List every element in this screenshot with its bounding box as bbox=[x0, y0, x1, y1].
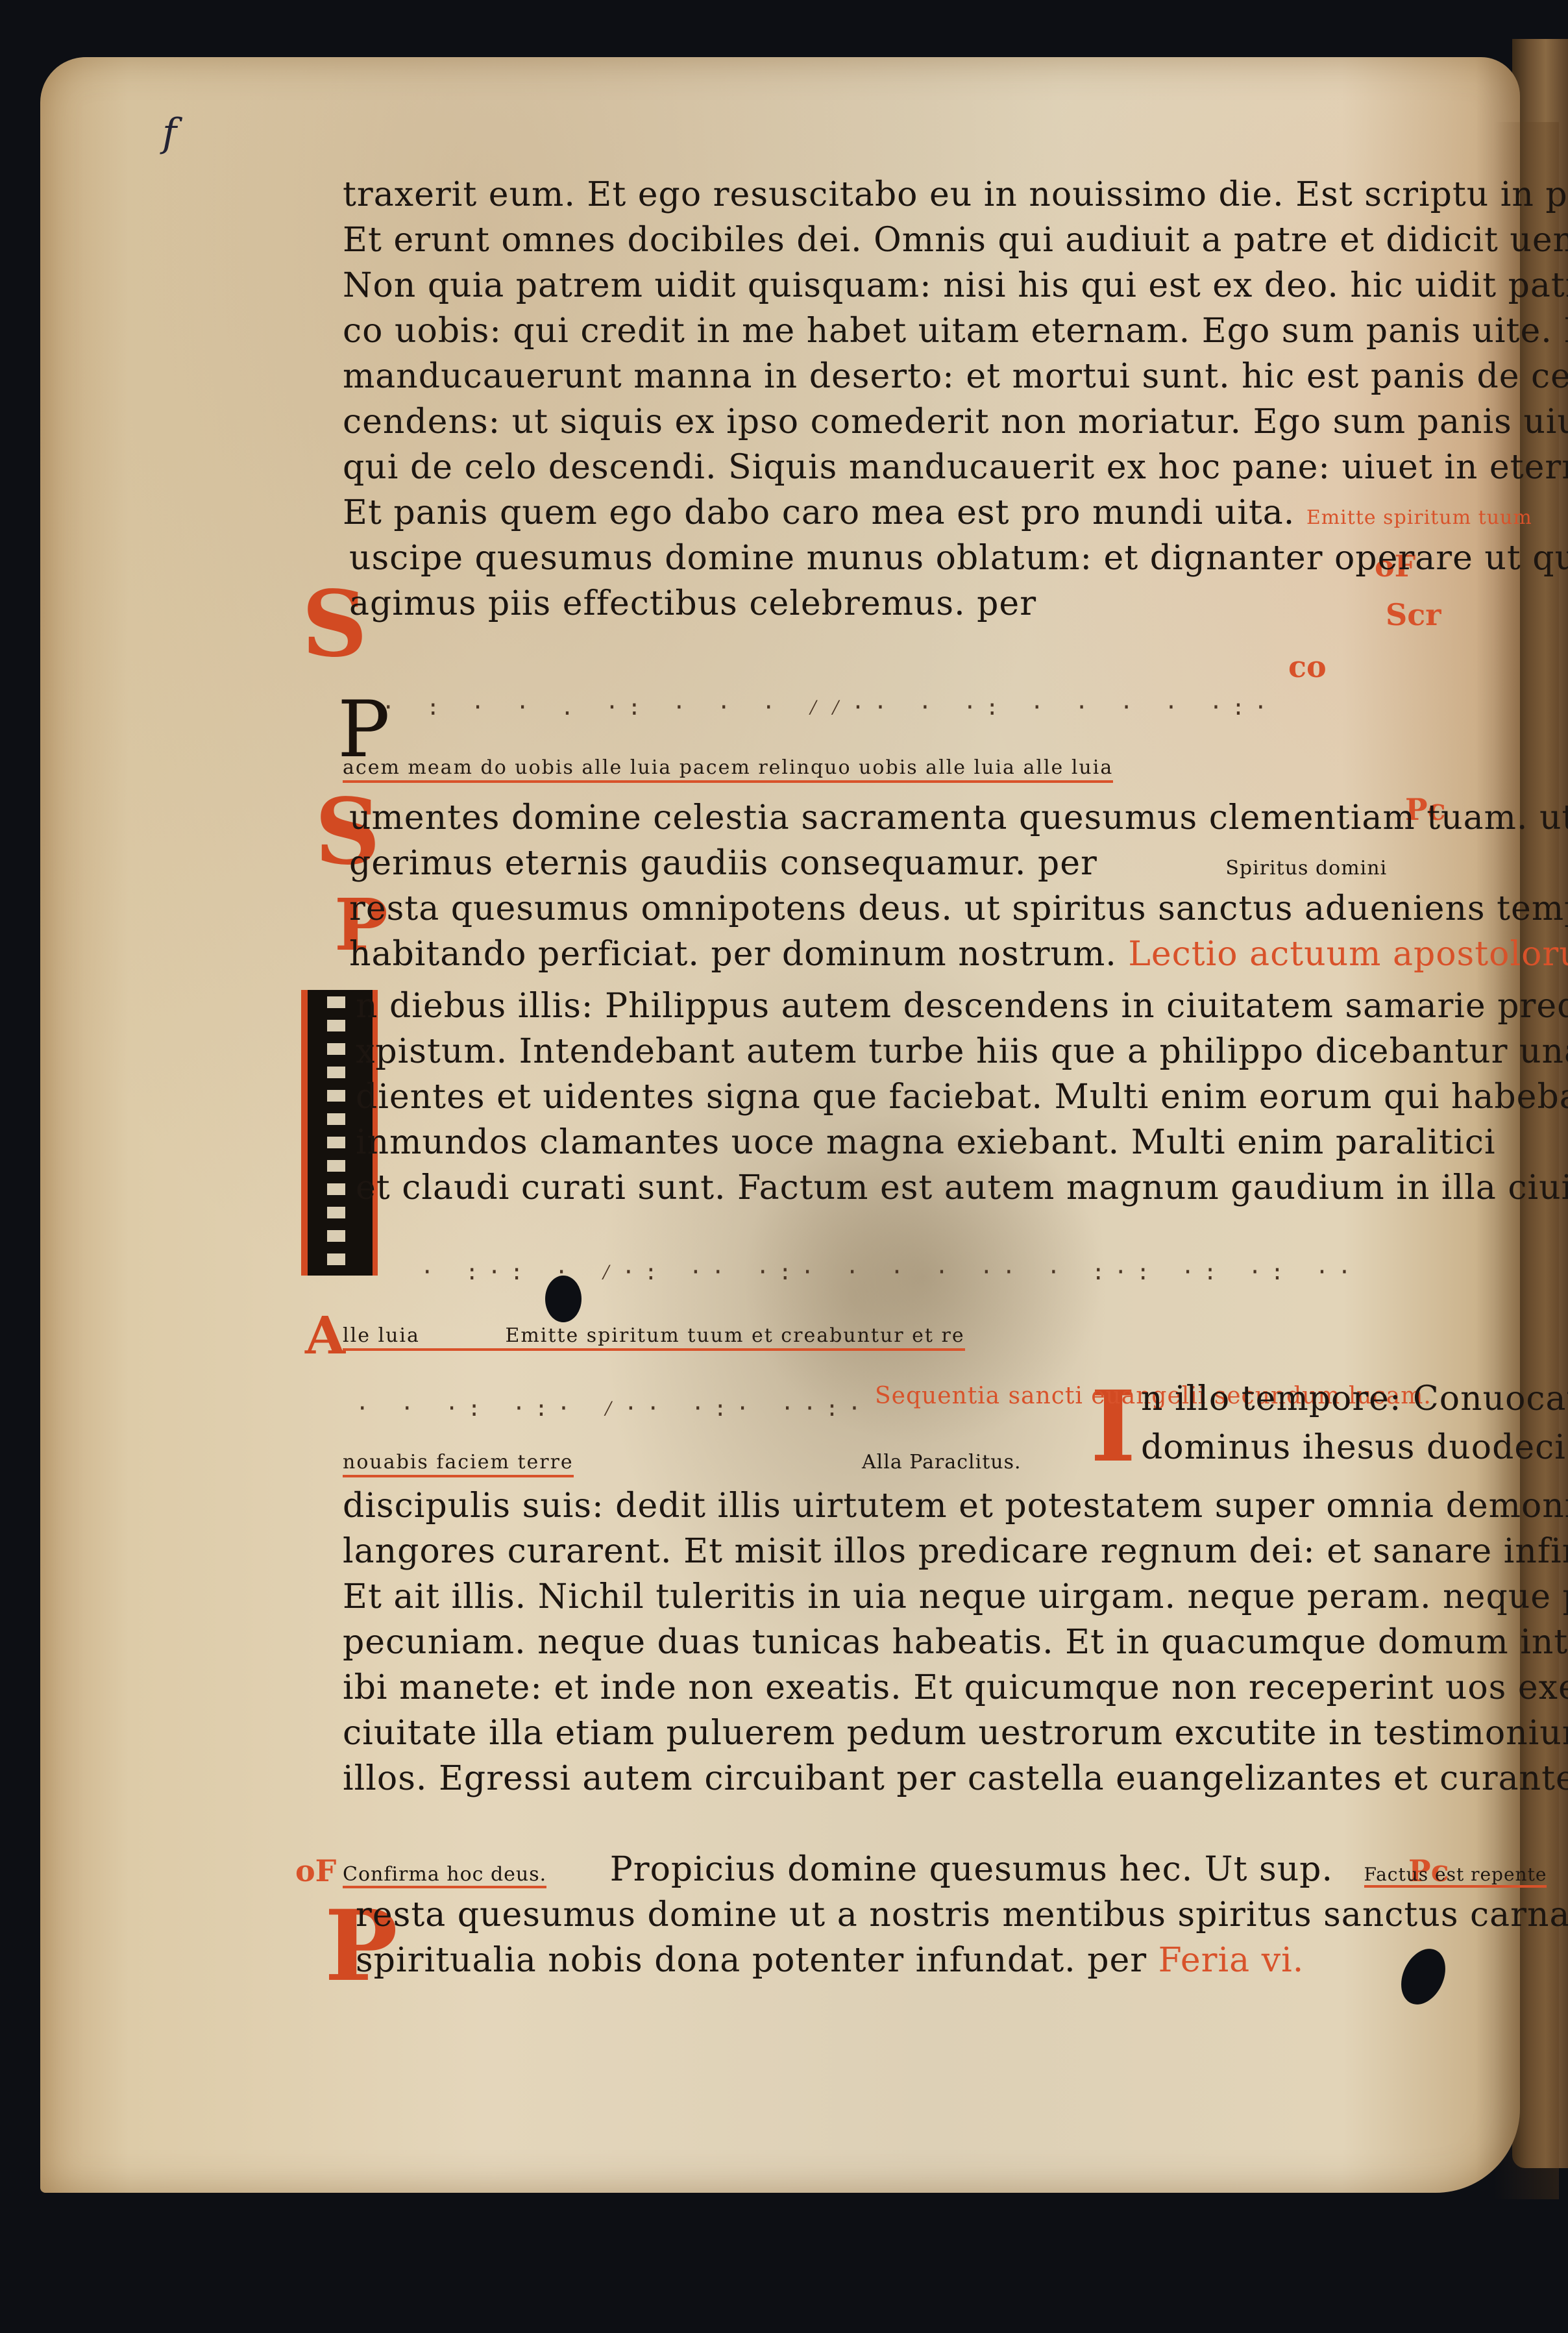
text-line: pecuniam. neque duas tunicas habeatis. E… bbox=[343, 1623, 1568, 1662]
chant-alleluia-verse: Emitte spiritum tuum et creabuntur et re bbox=[505, 1324, 964, 1347]
text-line: gerimus eternis gaudiis consequamur. per… bbox=[349, 844, 1387, 883]
text-line: dientes et uidentes signa que faciebat. … bbox=[356, 1078, 1568, 1117]
gospel-heading-line: n illo tempore: Conuocatis bbox=[1141, 1379, 1568, 1418]
text-line: resta quesumus omnipotens deus. ut spiri… bbox=[349, 889, 1568, 928]
text-line: umentes domine celestia sacramenta quesu… bbox=[349, 798, 1568, 837]
text-line: spiritualia nobis dona potenter infundat… bbox=[356, 1941, 1304, 1980]
gospel-heading-line: dominus ihesus duodeci bbox=[1141, 1428, 1566, 1467]
text-line: manducauerunt manna in deserto: et mortu… bbox=[343, 357, 1568, 396]
text-line: Et erunt omnes docibiles dei. Omnis qui … bbox=[343, 221, 1568, 260]
text-line: et claudi curati sunt. Factum est autem … bbox=[356, 1168, 1568, 1207]
text-line: qui de celo descendi. Siquis manducaueri… bbox=[343, 448, 1568, 487]
margin-note-communion: co bbox=[1288, 649, 1327, 684]
chant-communion: Factus est repente bbox=[1364, 1864, 1547, 1888]
text-segment: Et panis quem ego dabo caro mea est pro … bbox=[343, 493, 1295, 532]
text-segment: habitando perficiat. per dominum nostrum… bbox=[349, 935, 1117, 974]
text-line: uscipe quesumus domine munus oblatum: et… bbox=[349, 539, 1568, 578]
folio-mark: f bbox=[162, 110, 177, 156]
margin-note-secret: Scr bbox=[1386, 597, 1441, 632]
text-line: habitando perficiat. per dominum nostrum… bbox=[349, 935, 1568, 974]
text-line: n diebus illis: Philippus autem descende… bbox=[356, 987, 1568, 1026]
text-line: Et ait illis. Nichil tuleritis in uia ne… bbox=[343, 1577, 1568, 1616]
chant-incipit: Spiritus domini bbox=[1225, 857, 1387, 880]
neume-row: · · ·: ·:· ⁄·· ·:· ··:· bbox=[356, 1396, 870, 1423]
chant-text-verse-end: nouabis faciem terre bbox=[343, 1451, 574, 1477]
neume-row: · : · · . ·: · · · ⁄⁄·· · ·: · · · · ·:· bbox=[382, 695, 1277, 722]
text-segment: gerimus eternis gaudiis consequamur. per bbox=[349, 844, 1097, 883]
text-segment: spiritualia nobis dona potenter infundat… bbox=[356, 1941, 1147, 1980]
text-line: Non quia patrem uidit quisquam: nisi his… bbox=[343, 266, 1568, 305]
text-line: agimus piis effectibus celebremus. per bbox=[349, 584, 1036, 623]
text-line: co uobis: qui credit in me habet uitam e… bbox=[343, 312, 1568, 351]
rubric-feria: Feria vi. bbox=[1158, 1941, 1305, 1980]
chant-alleluia: lle luia bbox=[343, 1324, 420, 1347]
text-line: Et panis quem ego dabo caro mea est pro … bbox=[343, 493, 1532, 532]
secret-incipit: Propicius domine quesumus hec. Ut sup. bbox=[610, 1850, 1333, 1889]
margin-note-offertory: oF bbox=[295, 1853, 336, 1888]
offertory-line: Confirma hoc deus. Propicius domine ques… bbox=[343, 1850, 1547, 1889]
text-line: discipulis suis: dedit illis uirtutem et… bbox=[343, 1487, 1568, 1525]
rubric-lection-heading: Lectio actuum apostolorum bbox=[1128, 935, 1568, 974]
text-line: ciuitate illa etiam puluerem pedum uestr… bbox=[343, 1714, 1568, 1753]
chant-alleluia-paraclitus: Alla Paraclitus. bbox=[862, 1451, 1022, 1474]
text-line: inmundos clamantes uoce magna exiebant. … bbox=[356, 1123, 1496, 1162]
chant-offertory: Confirma hoc deus. bbox=[343, 1863, 546, 1888]
chant-text-alleluia: lle luia Emitte spiritum tuum et creabun… bbox=[343, 1324, 965, 1351]
text-line: xpistum. Intendebant autem turbe hiis qu… bbox=[356, 1032, 1568, 1071]
text-line: resta quesumus domine ut a nostris menti… bbox=[356, 1895, 1568, 1934]
text-line: illos. Egressi autem circuibant per cast… bbox=[343, 1759, 1568, 1798]
text-line: traxerit eum. Et ego resuscitabo eu in n… bbox=[343, 175, 1568, 214]
text-line: ibi manete: et inde non exeatis. Et quic… bbox=[343, 1668, 1568, 1707]
neume-row: · :·: · ⁄·: ·· ·:· · · · ·· · :·: ·: ·: … bbox=[421, 1259, 1360, 1287]
chant-text-communion: acem meam do uobis alle luia pacem relin… bbox=[343, 756, 1113, 783]
text-line: cendens: ut siquis ex ipso comederit non… bbox=[343, 402, 1568, 441]
initial-a-alleluia: A bbox=[305, 1305, 345, 1366]
text-line: langores curarent. Et misit illos predic… bbox=[343, 1532, 1568, 1571]
rubric-incipit: Emitte spiritum tuum bbox=[1306, 506, 1532, 529]
